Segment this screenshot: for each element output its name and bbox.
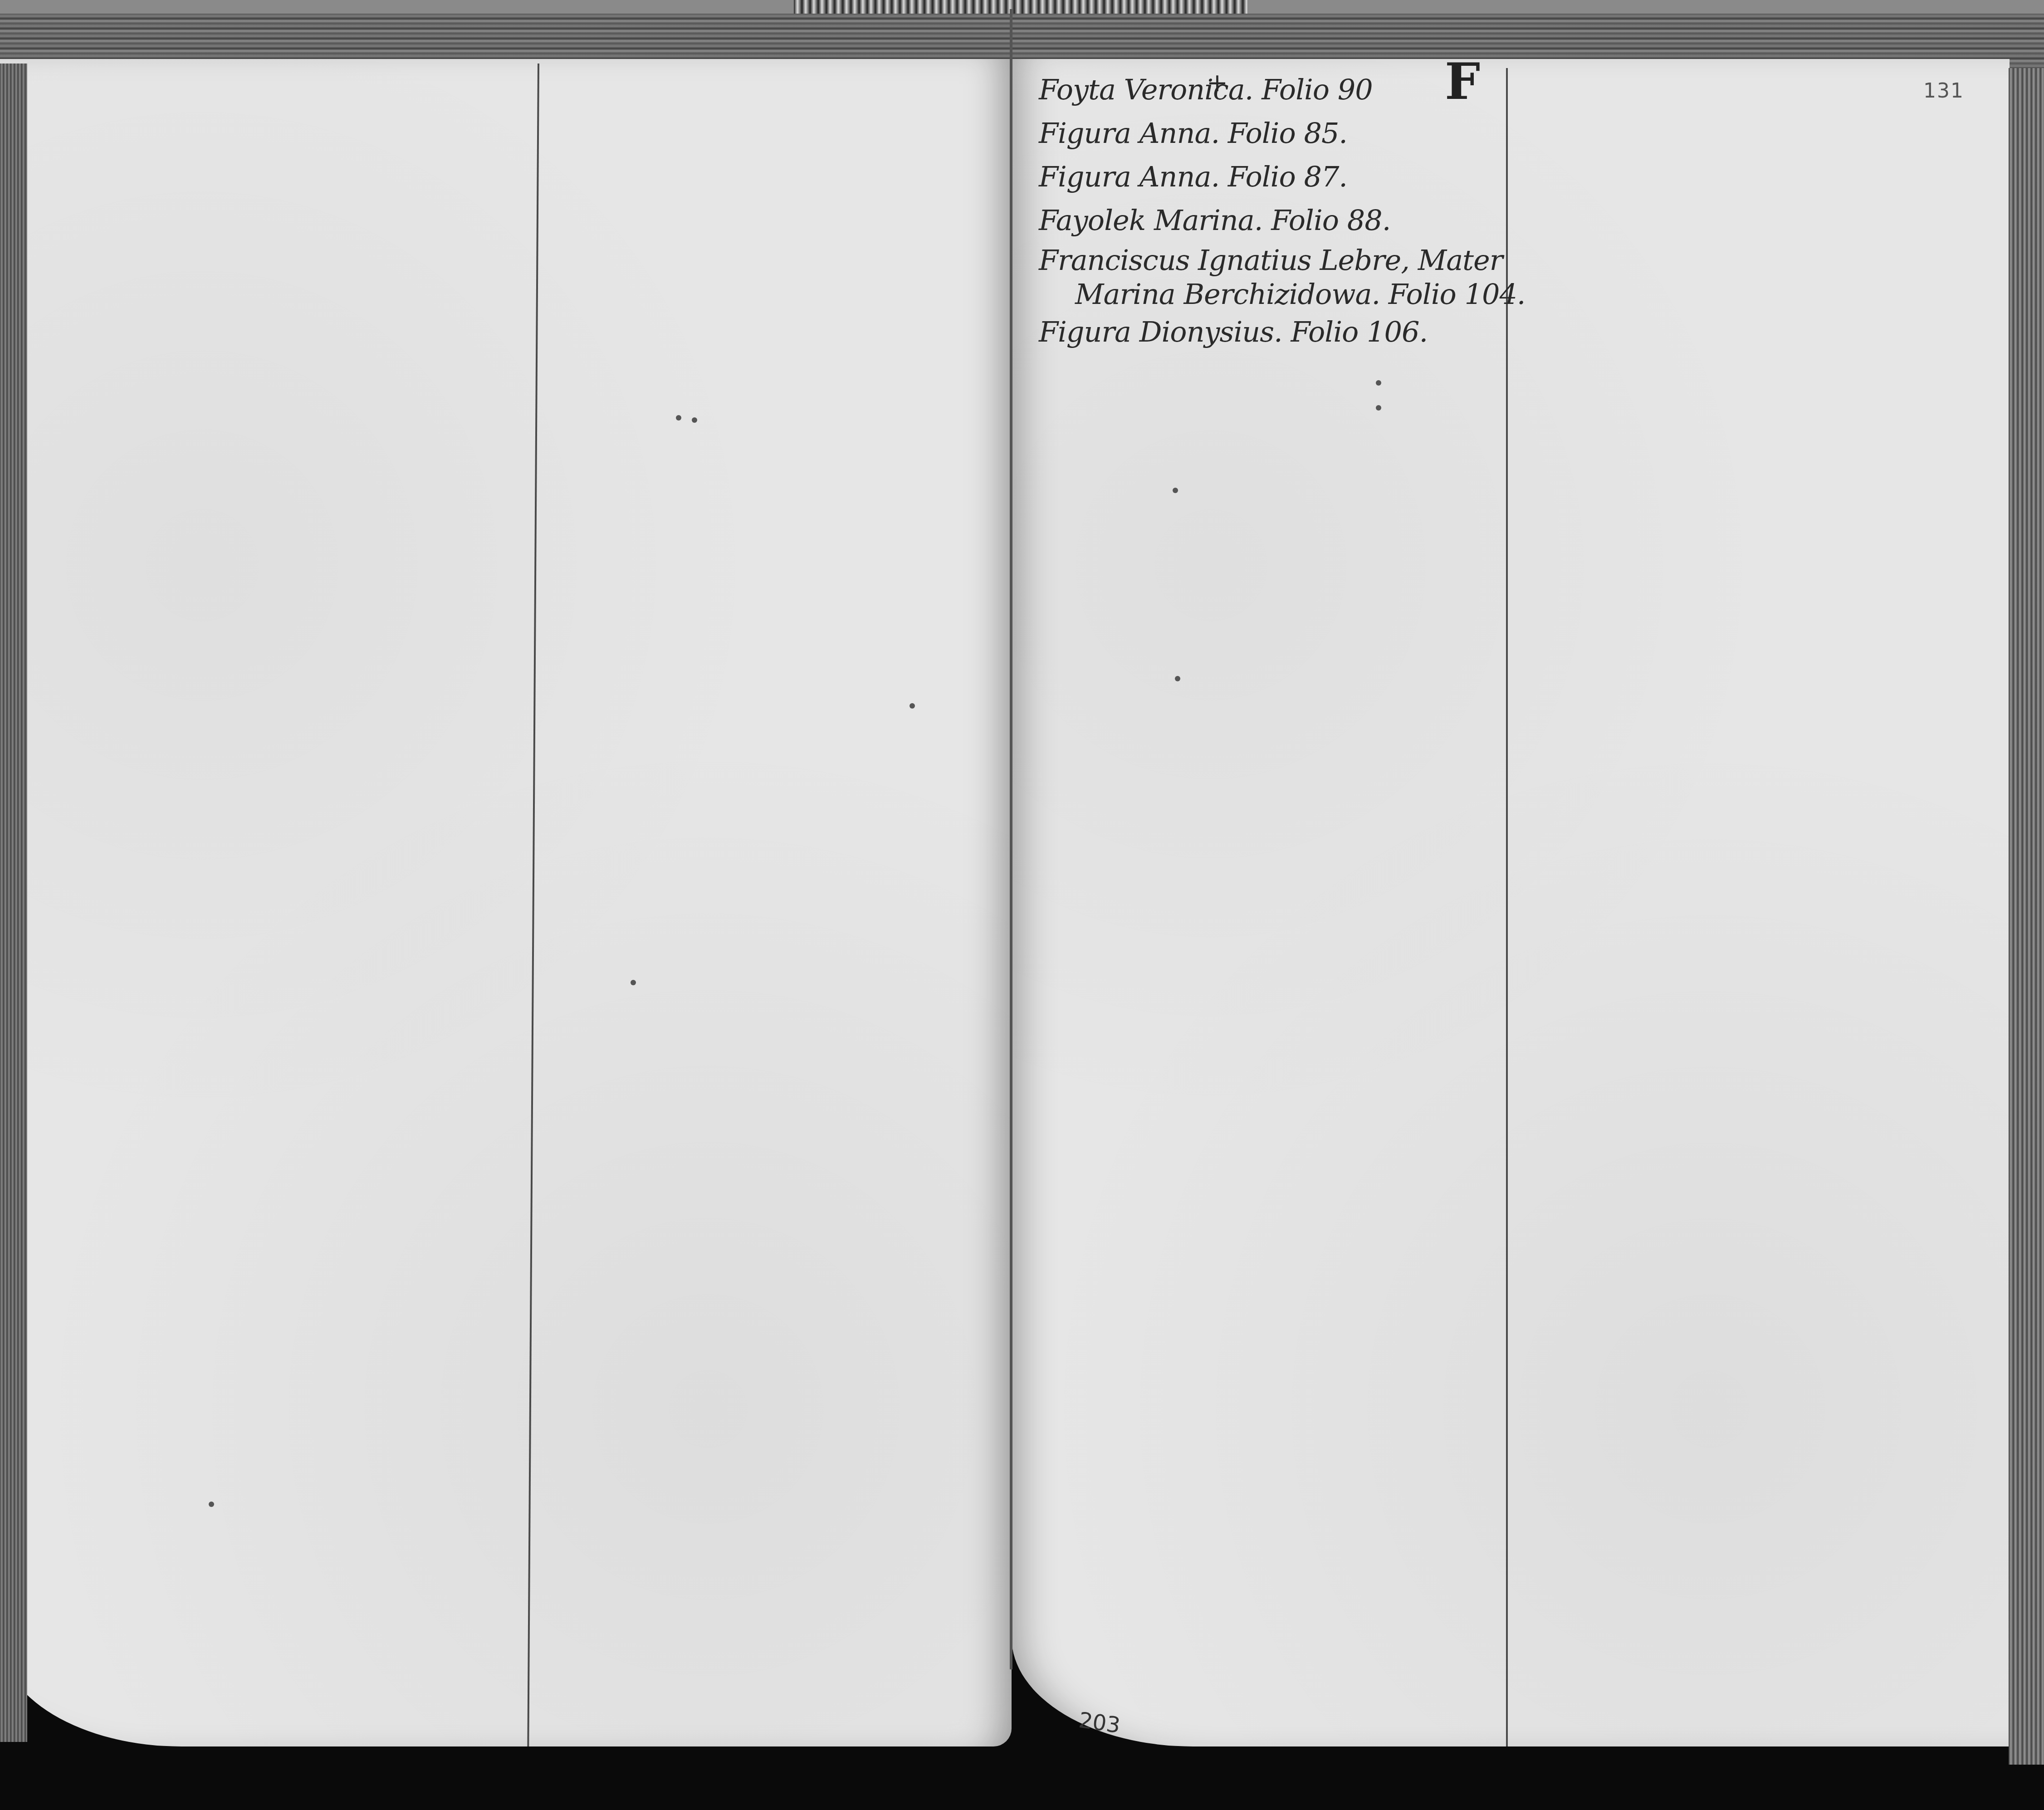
index-entry: Figura Anna. Folio 85. bbox=[1039, 112, 1515, 155]
index-entry: Franciscus Ignatius Lebre, Mater bbox=[1039, 242, 1515, 279]
index-entries: Foyta Veronica. Folio 90 Figura Anna. Fo… bbox=[1039, 68, 1515, 354]
book-gutter bbox=[1010, 9, 1012, 1669]
index-entry: Figura Anna. Folio 87. bbox=[1039, 155, 1515, 199]
index-entry: Figura Dionysius. Folio 106. bbox=[1039, 310, 1515, 354]
folio-number: 131 bbox=[1923, 79, 1964, 103]
paper-speck bbox=[676, 415, 681, 421]
index-entry: Foyta Veronica. Folio 90 bbox=[1039, 68, 1515, 112]
paper-speck bbox=[692, 417, 697, 423]
paper-speck bbox=[1173, 488, 1178, 493]
right-fore-edge bbox=[2009, 68, 2044, 1765]
paper-speck bbox=[910, 703, 915, 709]
index-entry: Fayolek Marina. Folio 88. bbox=[1039, 199, 1515, 242]
paper-speck bbox=[209, 1502, 214, 1507]
left-page bbox=[0, 59, 1012, 1746]
paper-speck bbox=[631, 980, 636, 985]
paper-speck bbox=[1376, 405, 1381, 411]
page-number-bottom: 203 bbox=[1077, 1707, 1122, 1738]
index-entry-continuation: Marina Berchizidowa. Folio 104. bbox=[1039, 279, 1515, 310]
paper-speck bbox=[1376, 380, 1381, 386]
paper-speck bbox=[1175, 676, 1180, 681]
left-fore-edge bbox=[0, 64, 27, 1742]
